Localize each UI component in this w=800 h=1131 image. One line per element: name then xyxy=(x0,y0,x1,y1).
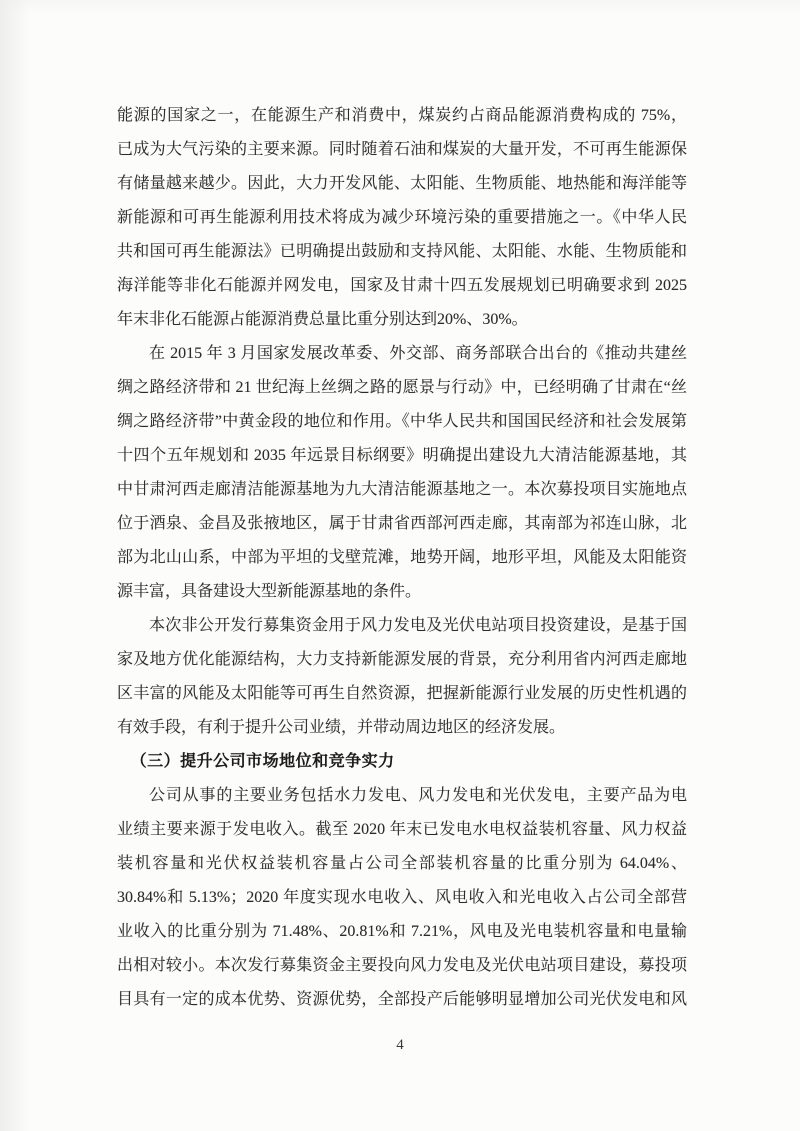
paragraph: 能源的国家之一，在能源生产和消费中，煤炭约占商品能源消费构成的 75%，已成为大… xyxy=(117,99,687,337)
text-line: 已成为大气污染的主要来源。同时随着石油和煤炭的大量开发，不可再生能源保 xyxy=(117,133,687,167)
text-line: 海洋能等非化石能源并网发电，国家及甘肃十四五发展规划已明确要求到 2025 xyxy=(117,269,687,303)
text-line: 业收入的比重分别为 71.48%、20.81%和 7.21%，风电及光电装机容量… xyxy=(117,915,687,949)
text-line: 家及地方优化能源结构，大力支持新能源发展的背景，充分利用省内河西走廊地 xyxy=(117,643,687,677)
text-line: 业绩主要来源于发电收入。截至 2020 年末已发电水电权益装机容量、风力权益 xyxy=(117,813,687,847)
text-line: 源丰富，具备建设大型新能源基地的条件。 xyxy=(117,575,687,609)
text-line: 部为北山山系，中部为平坦的戈壁荒滩，地势开阔，地形平坦，风能及太阳能资 xyxy=(117,541,687,575)
text-line: 有效手段，有利于提升公司业绩，并带动周边地区的经济发展。 xyxy=(117,711,687,745)
text-line: 区丰富的风能及太阳能等可再生自然资源，把握新能源行业发展的历史性机遇的 xyxy=(117,677,687,711)
text-line: 能源的国家之一，在能源生产和消费中，煤炭约占商品能源消费构成的 75%， xyxy=(117,99,687,133)
paragraph: 本次非公开发行募集资金用于风力发电及光伏电站项目投资建设，是基于国家及地方优化能… xyxy=(117,609,687,745)
text-line: 新能源和可再生能源利用技术将成为减少环境污染的重要措施之一。《中华人民 xyxy=(117,201,687,235)
paragraph: 公司从事的主要业务包括水力发电、风力发电和光伏发电，主要产品为电力，业绩主要来源… xyxy=(117,779,687,1017)
text-line: 绸之路经济带”中黄金段的地位和作用。《中华人民共和国国民经济和社会发展第 xyxy=(117,405,687,439)
text-line: 十四个五年规划和 2035 年远景目标纲要》明确提出建设九大清洁能源基地，其 xyxy=(117,439,687,473)
text-line: 出相对较小。本次发行募集资金主要投向风力发电及光伏电站项目建设，募投项 xyxy=(117,949,687,983)
text-line: 在 2015 年 3 月国家发展改革委、外交部、商务部联合出台的《推动共建丝 xyxy=(117,337,687,371)
text-line: （三）提升公司市场地位和竞争实力 xyxy=(117,745,687,779)
text-line: 装机容量和光伏权益装机容量占公司全部装机容量的比重分别为 64.04%、 xyxy=(117,847,687,881)
page-number: 4 xyxy=(396,1037,404,1053)
text-line: 30.84%和 5.13%；2020 年度实现水电收入、风电收入和光电收入占公司… xyxy=(117,881,687,915)
text-line: 有储量越来越少。因此，大力开发风能、太阳能、生物质能、地热能和海洋能等 xyxy=(117,167,687,201)
text-line: 中甘肃河西走廊清洁能源基地为九大清洁能源基地之一。本次募投项目实施地点 xyxy=(117,473,687,507)
text-line: 公司从事的主要业务包括水力发电、风力发电和光伏发电，主要产品为电力， xyxy=(117,779,687,813)
text-line: 目具有一定的成本优势、资源优势，全部投产后能够明显增加公司光伏发电和风 xyxy=(117,983,687,1017)
text-line: 年末非化石能源占能源消费总量比重分别达到20%、30%。 xyxy=(117,303,687,337)
text-line: 位于酒泉、金昌及张掖地区，属于甘肃省西部河西走廊，其南部为祁连山脉，北 xyxy=(117,507,687,541)
text-line: 绸之路经济带和 21 世纪海上丝绸之路的愿景与行动》中，已经明确了甘肃在“丝 xyxy=(117,371,687,405)
text-line: 本次非公开发行募集资金用于风力发电及光伏电站项目投资建设，是基于国 xyxy=(117,609,687,643)
text-block: 能源的国家之一，在能源生产和消费中，煤炭约占商品能源消费构成的 75%，已成为大… xyxy=(117,99,687,1017)
paragraph: 在 2015 年 3 月国家发展改革委、外交部、商务部联合出台的《推动共建丝绸之… xyxy=(117,337,687,609)
section-heading: （三）提升公司市场地位和竞争实力 xyxy=(117,745,687,779)
page-footer: 4 xyxy=(0,1034,800,1056)
text-line: 共和国可再生能源法》已明确提出鼓励和支持风能、太阳能、水能、生物质能和 xyxy=(117,235,687,269)
